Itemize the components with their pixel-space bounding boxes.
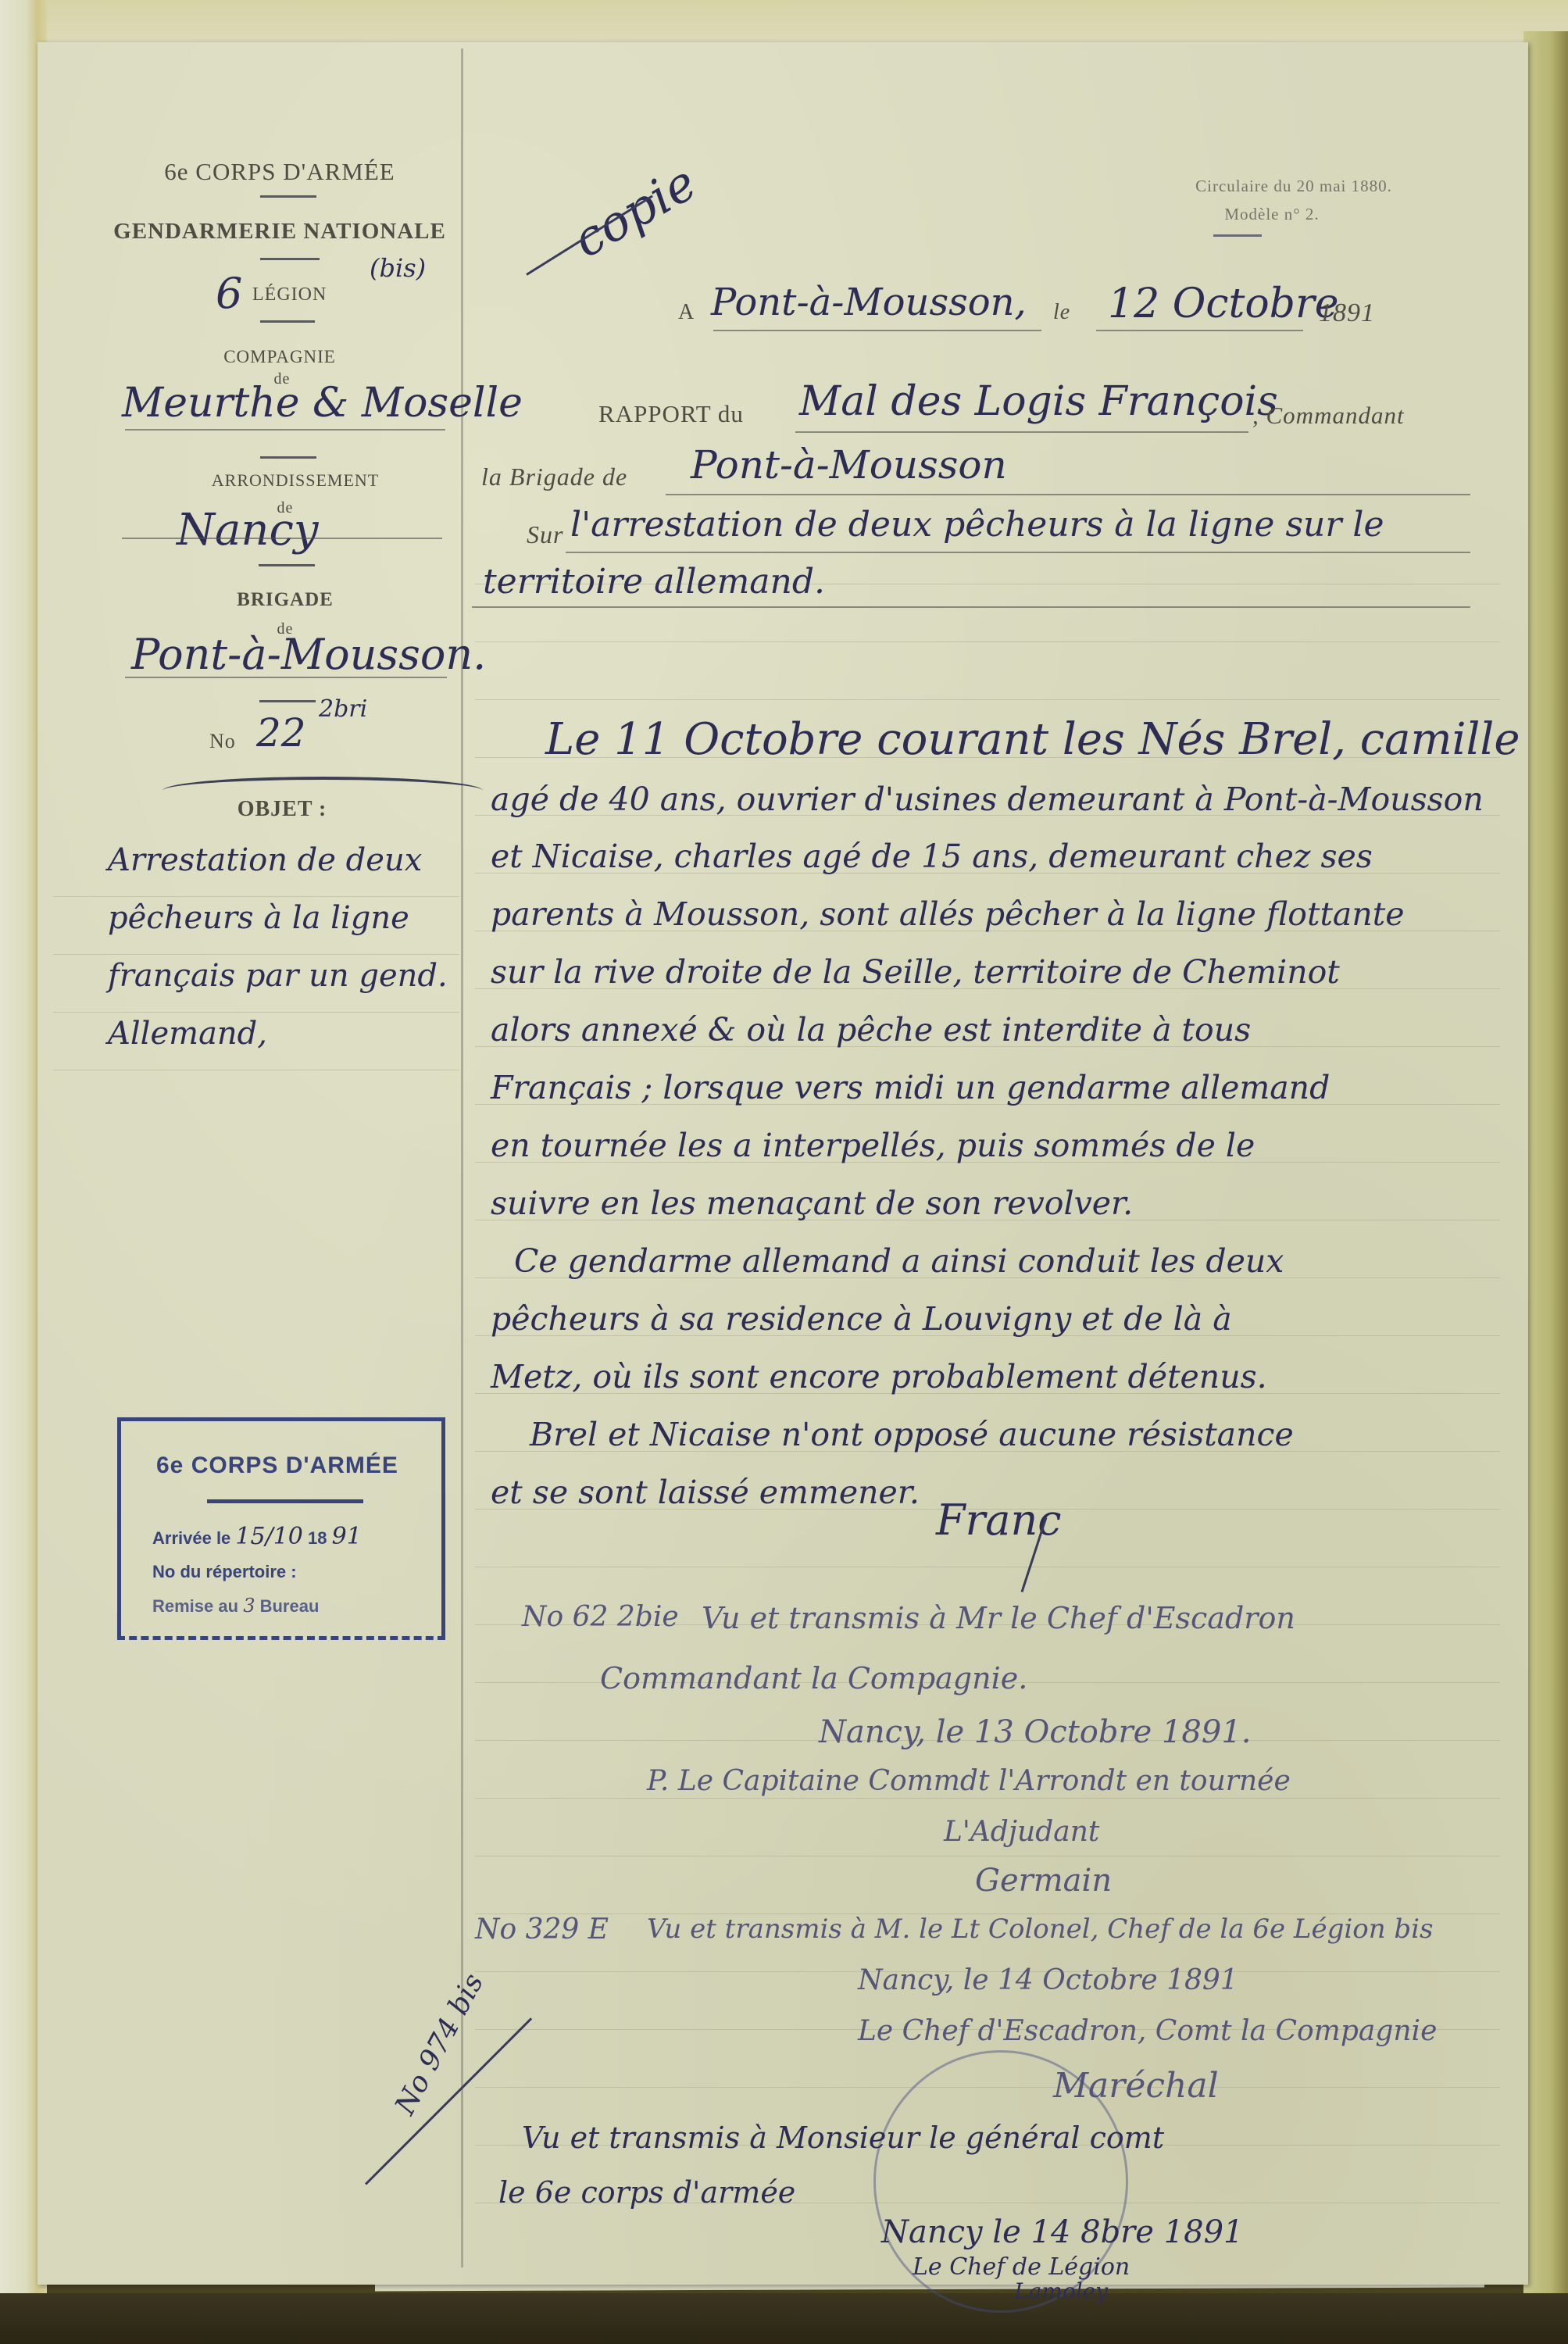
body-line: sur la rive droite de la Seille, territo… — [491, 953, 1340, 991]
stamp-bureau-value: 3 — [243, 1595, 255, 1617]
endorsement-1-line-1: Vu et transmis à Mr le Chef d'Escadron — [702, 1601, 1295, 1635]
number-suffix: 2bri — [319, 695, 367, 723]
stamp-arrival-label: Arrivée le — [152, 1528, 230, 1548]
divider — [260, 195, 316, 198]
brigade-line-label: la Brigade de — [481, 463, 627, 491]
divider — [259, 564, 315, 566]
stamp-year-prefix: 18 — [308, 1528, 327, 1548]
objet-label: OBJET : — [238, 797, 327, 822]
fill-line — [125, 677, 447, 678]
stamp-repertoire: No du répertoire : — [152, 1562, 297, 1582]
body-line: parents à Mousson, sont allés pêcher à l… — [491, 895, 1405, 933]
corps-heading: 6e CORPS D'ARMÉE — [164, 158, 395, 186]
commandant-label: , Commandant — [1252, 402, 1405, 430]
stamp-arrival-value: 15/10 — [235, 1523, 302, 1550]
endorsement-2-line-1: Vu et transmis à M. le Lt Colonel, Chef … — [647, 1913, 1434, 1945]
objet-line: Allemand, — [108, 1005, 475, 1063]
body-line: pêcheurs à sa residence à Louvigny et de… — [491, 1300, 1232, 1338]
sur-label: Sur — [527, 520, 563, 549]
arrival-stamp: 6e CORPS D'ARMÉE Arrivée le 15/10 18 91 … — [117, 1417, 445, 1640]
divider — [1213, 234, 1262, 237]
compagnie-value: Meurthe & Moselle — [122, 380, 523, 427]
objet-line: Arrestation de deux — [108, 831, 475, 889]
report-year: 1891 — [1319, 298, 1375, 328]
body-line: Metz, où ils sont encore probablement dé… — [491, 1358, 1267, 1395]
stamp-title: 6e CORPS D'ARMÉE — [156, 1452, 398, 1479]
endorsement-1-line-4: L'Adjudant — [944, 1816, 1099, 1848]
signature-reporter: Franc — [936, 1495, 1062, 1545]
number-value: 22 — [256, 710, 306, 756]
brigade-label: BRIGADE — [237, 589, 334, 611]
fill-line — [125, 429, 445, 431]
divider — [260, 320, 315, 323]
brigade-value: Pont-à-Mousson. — [131, 630, 486, 679]
divider — [259, 700, 316, 702]
arrondissement-value: Nancy — [177, 505, 318, 556]
place-prefix: A — [678, 300, 695, 325]
body-line: et Nicaise, charles agé de 15 ans, demeu… — [491, 838, 1373, 875]
table-surface — [0, 2293, 1568, 2344]
objet-line: pêcheurs à la ligne — [108, 889, 475, 947]
stamp-bureau-suffix: Bureau — [260, 1596, 320, 1616]
stamp-bureau-label: Remise au — [152, 1596, 238, 1616]
endorsement-3-line-3: Le Chef de Légion — [913, 2253, 1130, 2281]
endorsement-2-line-2: Le Chef d'Escadron, Comt la Compagnie — [858, 2015, 1437, 2047]
report-place: Pont-à-Mousson, — [711, 280, 1027, 324]
body-line: en tournée les a interpellés, puis sommé… — [491, 1127, 1255, 1164]
backdrop-top — [0, 0, 1568, 44]
fill-line — [666, 494, 1470, 495]
compagnie-label: COMPAGNIE — [223, 347, 336, 367]
fill-line — [566, 552, 1470, 553]
legion-label: LÉGION — [252, 284, 327, 306]
subject-line-2: territoire allemand. — [483, 562, 825, 602]
body-line: Le 11 Octobre courant les Nés Brel, cami… — [545, 714, 1520, 765]
copie-mark: copie — [563, 154, 705, 269]
endorsement-3-line-2: le 6e corps d'armée — [498, 2175, 795, 2210]
body-line: Ce gendarme allemand a ainsi conduit les… — [514, 1242, 1284, 1280]
subject-line-1: l'arrestation de deux pêcheurs à la lign… — [570, 505, 1384, 545]
brace-divider — [163, 777, 483, 791]
stamp-year-value: 91 — [332, 1523, 362, 1550]
divider — [260, 258, 320, 260]
endorsement-3-date: Nancy le 14 8bre 1891 — [881, 2214, 1243, 2250]
body-line: alors annexé & où la pêche est interdite… — [491, 1011, 1251, 1049]
body-line: agé de 40 ans, ouvrier d'usines demeuran… — [491, 781, 1484, 818]
fill-line — [1096, 330, 1303, 331]
body-line: Brel et Nicaise n'ont opposé aucune rési… — [530, 1416, 1294, 1453]
endorsement-1-date: Nancy, le 13 Octobre 1891. — [819, 1714, 1252, 1750]
report-date: 12 Octobre — [1108, 280, 1339, 327]
fill-line — [713, 330, 1041, 331]
date-prefix: le — [1053, 300, 1070, 325]
endorsement-1-line-2: Commandant la Compagnie. — [600, 1661, 1027, 1695]
divider — [260, 456, 316, 459]
endorsement-2-date: Nancy, le 14 Octobre 1891 — [858, 1964, 1238, 1996]
modele: Modèle n° 2. — [1224, 205, 1319, 224]
body-line: Français ; lorsque vers midi un gendarme… — [491, 1069, 1330, 1106]
endorsement-3-line-1: Vu et transmis à Monsieur le général com… — [522, 2121, 1164, 2155]
body-line: et se sont laissé emmener. — [491, 1474, 920, 1511]
rapport-author: Mal des Logis François — [799, 378, 1278, 425]
gendarmerie-heading: GENDARMERIE NATIONALE — [113, 219, 446, 245]
endorsement-1-signature: Germain — [975, 1863, 1112, 1899]
objet-text: Arrestation de deux pêcheurs à la ligne … — [108, 831, 475, 1063]
report-page: 6e CORPS D'ARMÉE GENDARMERIE NATIONALE 6… — [38, 42, 1528, 2285]
number-label: No — [209, 730, 236, 753]
legion-note: (bis) — [370, 253, 426, 283]
fill-line — [122, 538, 442, 539]
underlying-sheet-edge — [1523, 31, 1568, 2297]
fill-line — [472, 606, 1470, 608]
objet-line: français par un gend. — [108, 947, 475, 1005]
arrondissement-label: ARRONDISSEMENT — [212, 470, 379, 491]
brigade-line-value: Pont-à-Mousson — [691, 442, 1007, 488]
circulaire: Circulaire du 20 mai 1880. — [1195, 177, 1392, 196]
body-line: suivre en les menaçant de son revolver. — [491, 1185, 1133, 1222]
legion-number: 6 — [216, 269, 242, 318]
endorsement-1-number: No 62 2bie — [522, 1601, 679, 1633]
endorsement-2-number: No 329 E — [475, 1913, 609, 1946]
endorsement-1-line-3: P. Le Capitaine Commdt l'Arrondt en tour… — [647, 1765, 1291, 1797]
endorsement-3-signature: Lamoley — [1014, 2278, 1108, 2304]
stamp-bureau-row: Remise au 3 Bureau — [152, 1595, 319, 1617]
rapport-label: RAPPORT du — [598, 400, 744, 428]
stamp-bar — [207, 1499, 363, 1503]
fill-line — [795, 431, 1248, 433]
stamp-arrival-row: Arrivée le 15/10 18 91 — [152, 1523, 362, 1550]
